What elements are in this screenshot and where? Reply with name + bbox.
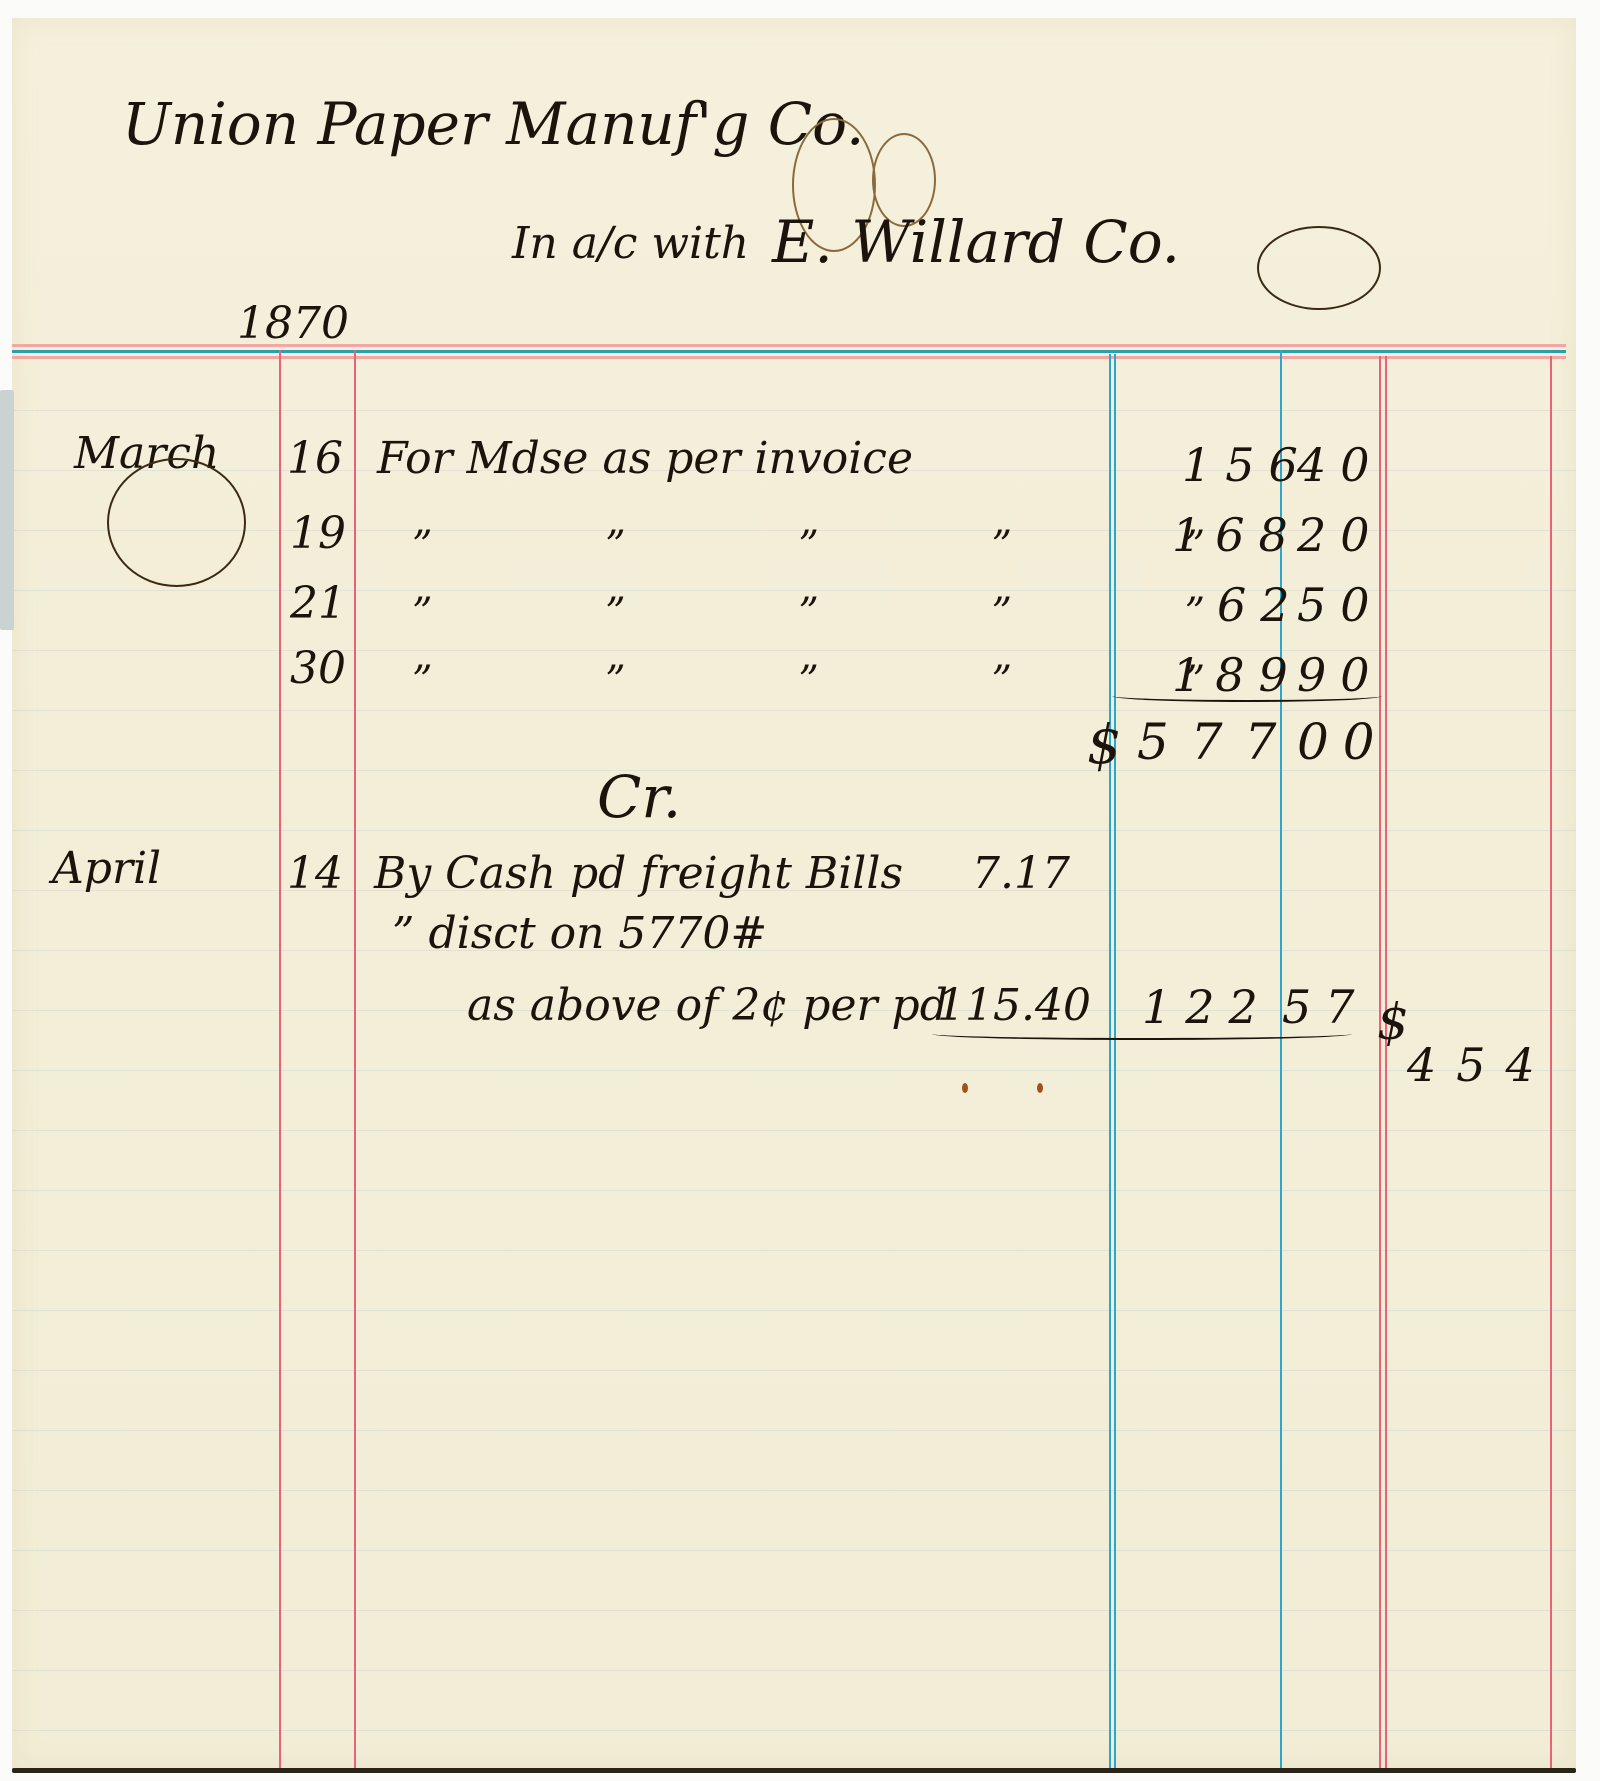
entry-cents: 50 (1297, 578, 1384, 632)
faint-rule (12, 410, 1576, 411)
freight-amount: 7.17 (972, 848, 1070, 899)
faint-rule (12, 830, 1576, 831)
faint-rule (12, 1490, 1576, 1491)
addressee: Union Paper Manuf'g Co. (122, 90, 864, 158)
creditor-name: E. Willard Co. (772, 208, 1180, 276)
header-rule-pink-bottom (12, 356, 1566, 359)
credit-underline (932, 1028, 1352, 1040)
faint-rule (12, 1310, 1576, 1311)
faint-rule (12, 1070, 1576, 1071)
faint-rule (12, 1130, 1576, 1131)
ink-stain (962, 1083, 968, 1093)
credit-line-3: as above of 2¢ per pd (467, 980, 948, 1031)
entry-cents: 20 (1297, 508, 1384, 562)
entry-dollars: 156 (1182, 438, 1312, 492)
year: 1870 (237, 298, 349, 349)
header-rule-blue (12, 350, 1566, 353)
faint-rule (12, 1250, 1576, 1251)
credit-line-1: By Cash pd freight Bills (374, 848, 903, 899)
flourish-loop (107, 458, 246, 587)
faint-rule (12, 950, 1576, 951)
credit-total-cents: 57 (1282, 980, 1369, 1034)
credit-day: 14 (287, 848, 343, 899)
entry-dollars: 62 (1217, 578, 1304, 632)
ditto-marks: ” ” ” ” ” (412, 590, 1285, 636)
date-column-rule-right (354, 350, 356, 1770)
credit-line-2: ” disct on 5770# (392, 908, 767, 959)
faint-rule (12, 1670, 1576, 1671)
debit-total-cents: 00 (1297, 713, 1389, 771)
balance-value: 454 (1407, 1038, 1555, 1092)
debit-total-dollars: 577 (1137, 713, 1298, 771)
currency-symbol: $ (1087, 713, 1135, 776)
total-underline (1112, 690, 1382, 702)
date-column-rule-left (279, 350, 281, 1770)
faint-rule (12, 1370, 1576, 1371)
faint-rule (12, 1610, 1576, 1611)
in-account-with-label: In a/c with (512, 218, 749, 269)
entry-day: 19 (290, 508, 346, 559)
faint-rule (12, 1730, 1576, 1731)
ledger-sheet: Union Paper Manuf'g Co. In a/c with E. W… (12, 18, 1576, 1770)
flourish-loop (1257, 226, 1381, 310)
faint-rule (12, 1430, 1576, 1431)
credit-heading: Cr. (597, 763, 681, 831)
ditto-marks: ” ” ” ” ” (412, 523, 1285, 569)
faint-rule (12, 710, 1576, 711)
entry-day: 16 (287, 433, 343, 484)
binding-tab-edge (0, 390, 14, 630)
entry-cents: 40 (1297, 438, 1384, 492)
total-column-rule-b (1385, 356, 1387, 1770)
faint-rule (12, 1190, 1576, 1191)
total-column-rule-a (1379, 356, 1381, 1770)
entry-description: For Mdse as per invoice (377, 433, 913, 484)
credit-month: April (52, 843, 161, 894)
entry-day: 21 (290, 578, 346, 629)
entry-dollars: 168 (1172, 508, 1302, 562)
faint-rule (12, 1550, 1576, 1551)
ink-stain (1037, 1083, 1043, 1093)
credit-total-dollars: 122 (1142, 980, 1272, 1034)
discount-amount: 115.40 (937, 980, 1091, 1031)
entry-day: 30 (290, 643, 346, 694)
